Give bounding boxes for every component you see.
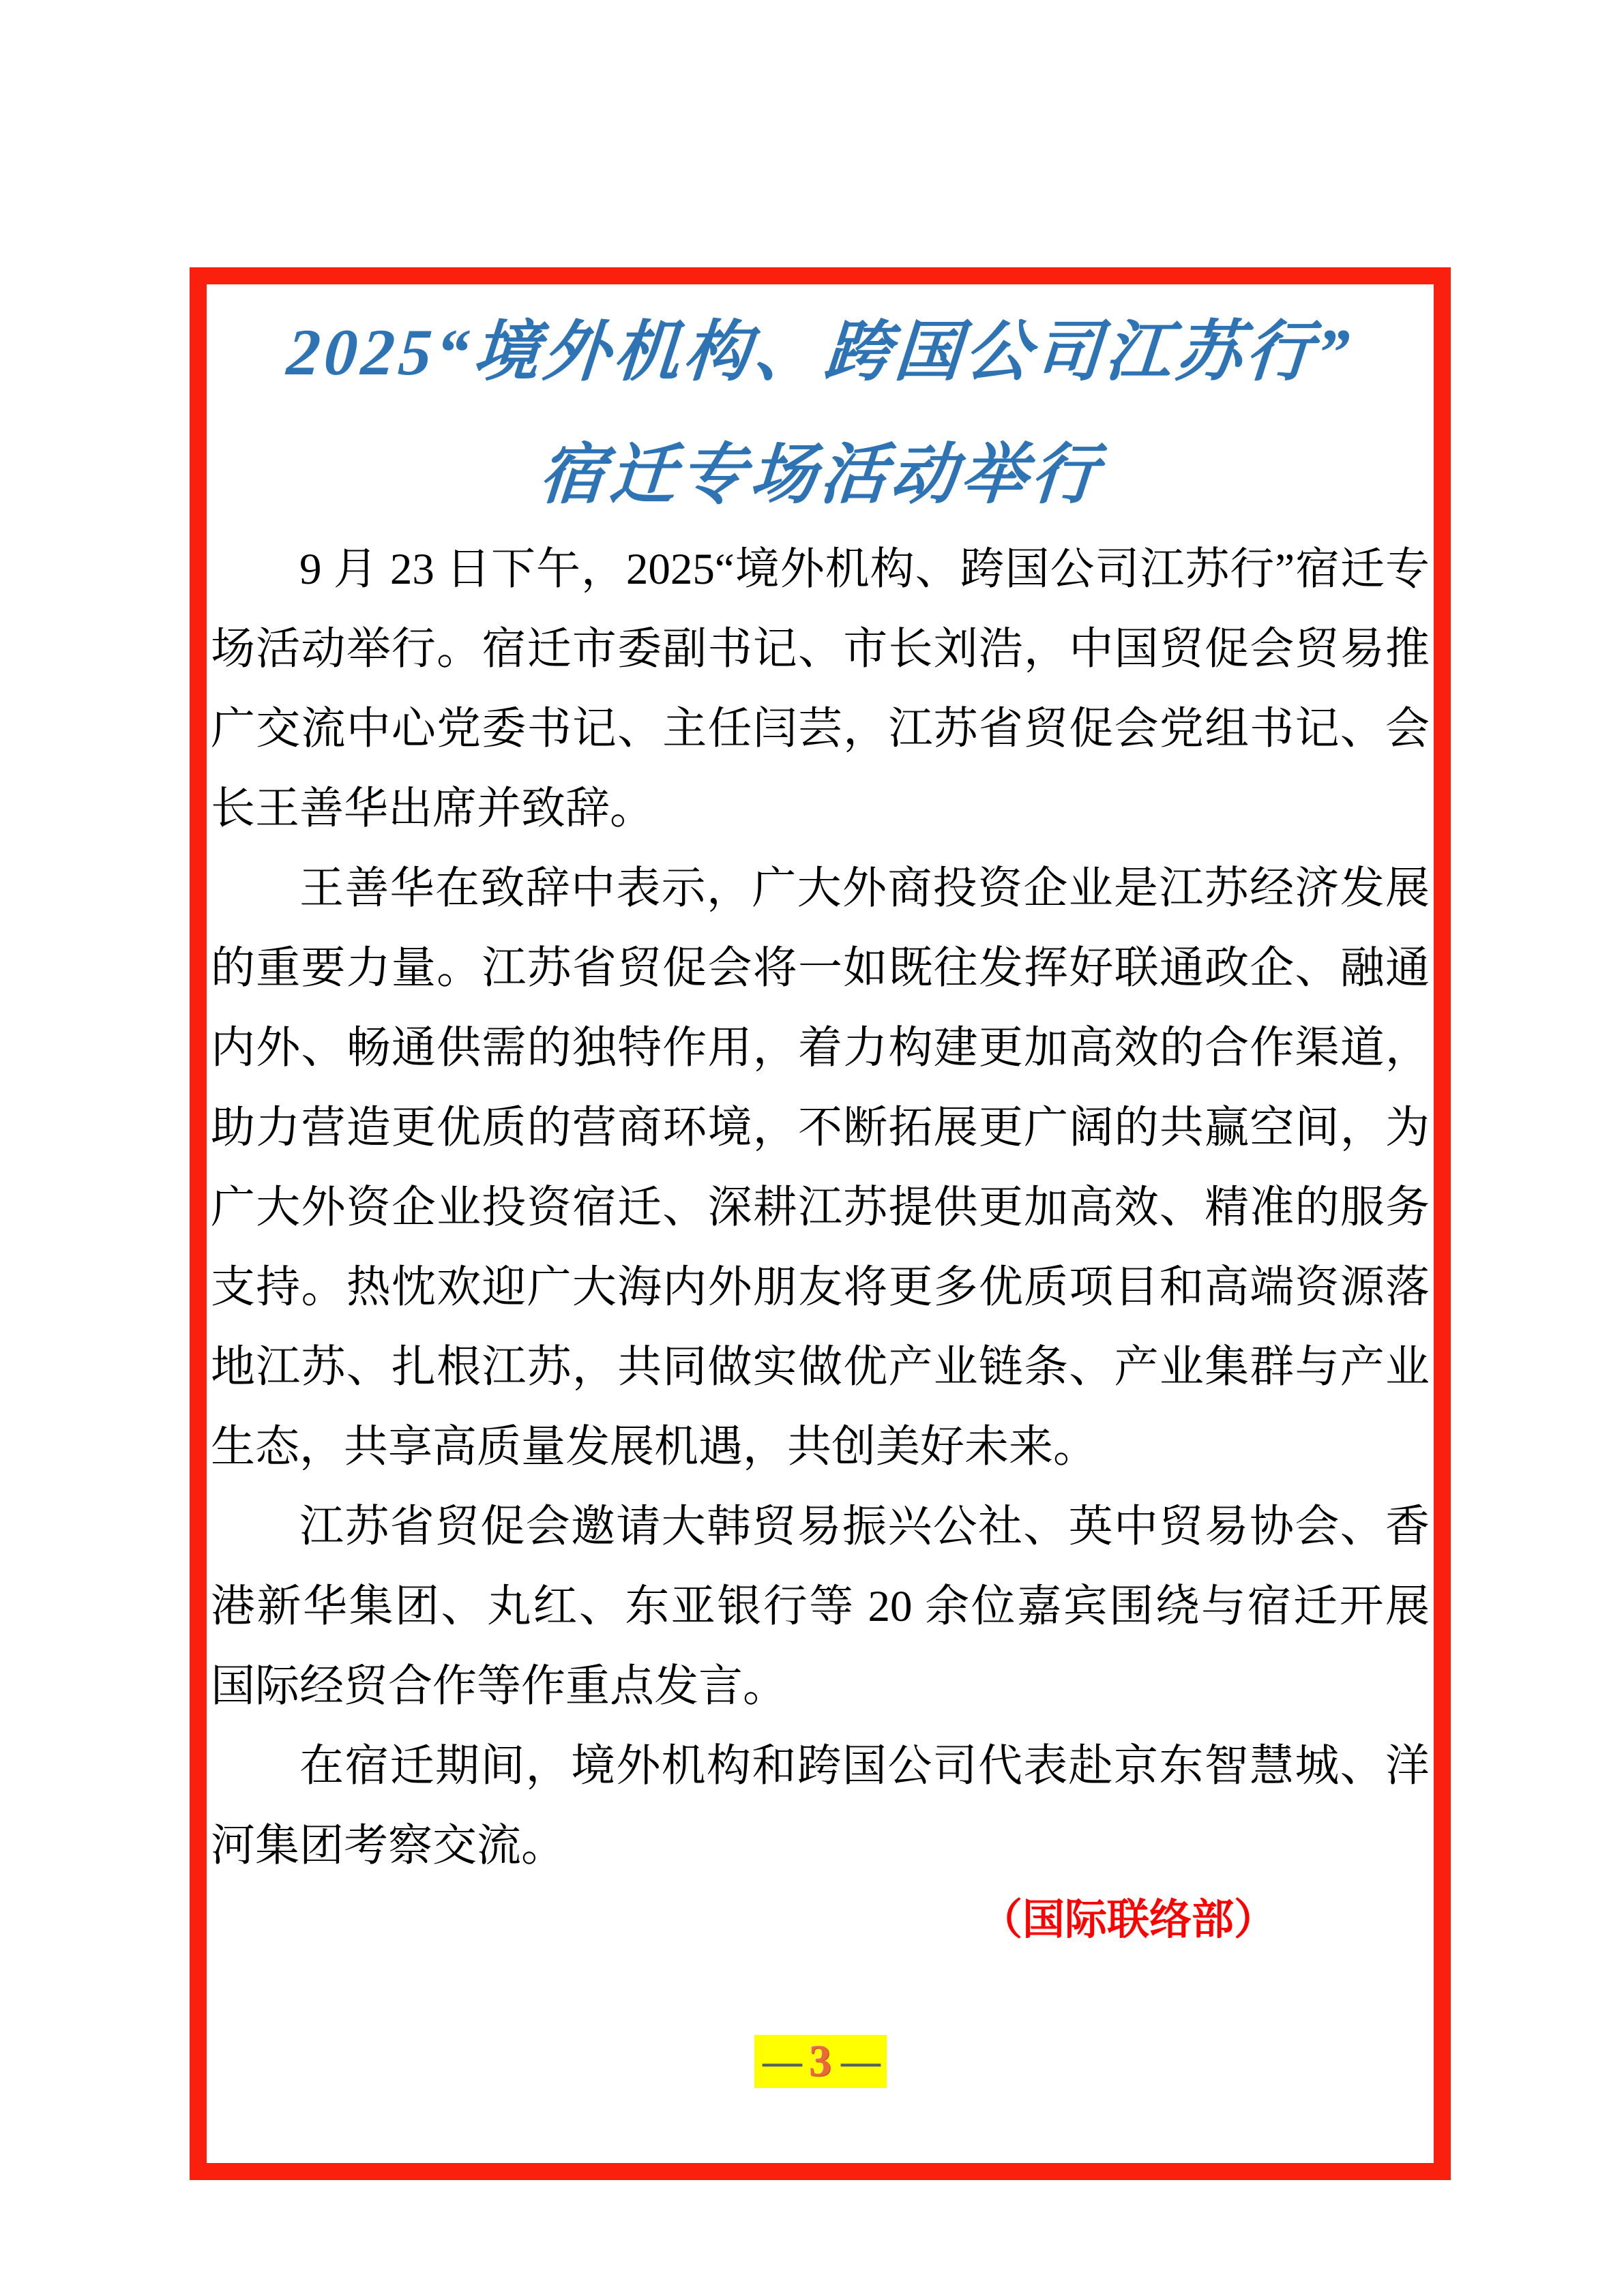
body-paragraph-1: 9 月 23 日下午，2025“境外机构、跨国公司江苏行”宿迁专场活动举行。宿迁… xyxy=(211,530,1430,849)
page-number-left-dash: — xyxy=(763,2042,799,2081)
department-signature: （国际联络部） xyxy=(211,1886,1430,1954)
page-number-right-dash: — xyxy=(841,2042,878,2081)
document-title-line1: 2025“境外机构、跨国公司江苏行” xyxy=(207,305,1433,400)
document-content: 2025“境外机构、跨国公司江苏行” 宿迁专场活动举行 9 月 23 日下午，2… xyxy=(207,284,1434,2163)
body-paragraph-3: 江苏省贸促会邀请大韩贸易振兴公社、英中贸易协会、香港新华集团、丸红、东亚银行等 … xyxy=(211,1487,1430,1727)
body-paragraph-2: 王善华在致辞中表示，广大外商投资企业是江苏经济发展的重要力量。江苏省贸促会将一如… xyxy=(211,849,1430,1487)
document-page: 2025“境外机构、跨国公司江苏行” 宿迁专场活动举行 9 月 23 日下午，2… xyxy=(0,0,1624,2296)
page-footer: — 3 — xyxy=(207,2035,1434,2088)
page-number-highlight: — 3 — xyxy=(754,2035,887,2088)
document-title-line2: 宿迁专场活动举行 xyxy=(207,428,1433,523)
body-paragraph-4: 在宿迁期间，境外机构和跨国公司代表赴京东智慧城、洋河集团考察交流。 xyxy=(211,1727,1430,1886)
red-border-frame: 2025“境外机构、跨国公司江苏行” 宿迁专场活动举行 9 月 23 日下午，2… xyxy=(190,267,1451,2180)
document-body: 9 月 23 日下午，2025“境外机构、跨国公司江苏行”宿迁专场活动举行。宿迁… xyxy=(211,530,1430,1886)
page-number: 3 xyxy=(809,2039,831,2084)
